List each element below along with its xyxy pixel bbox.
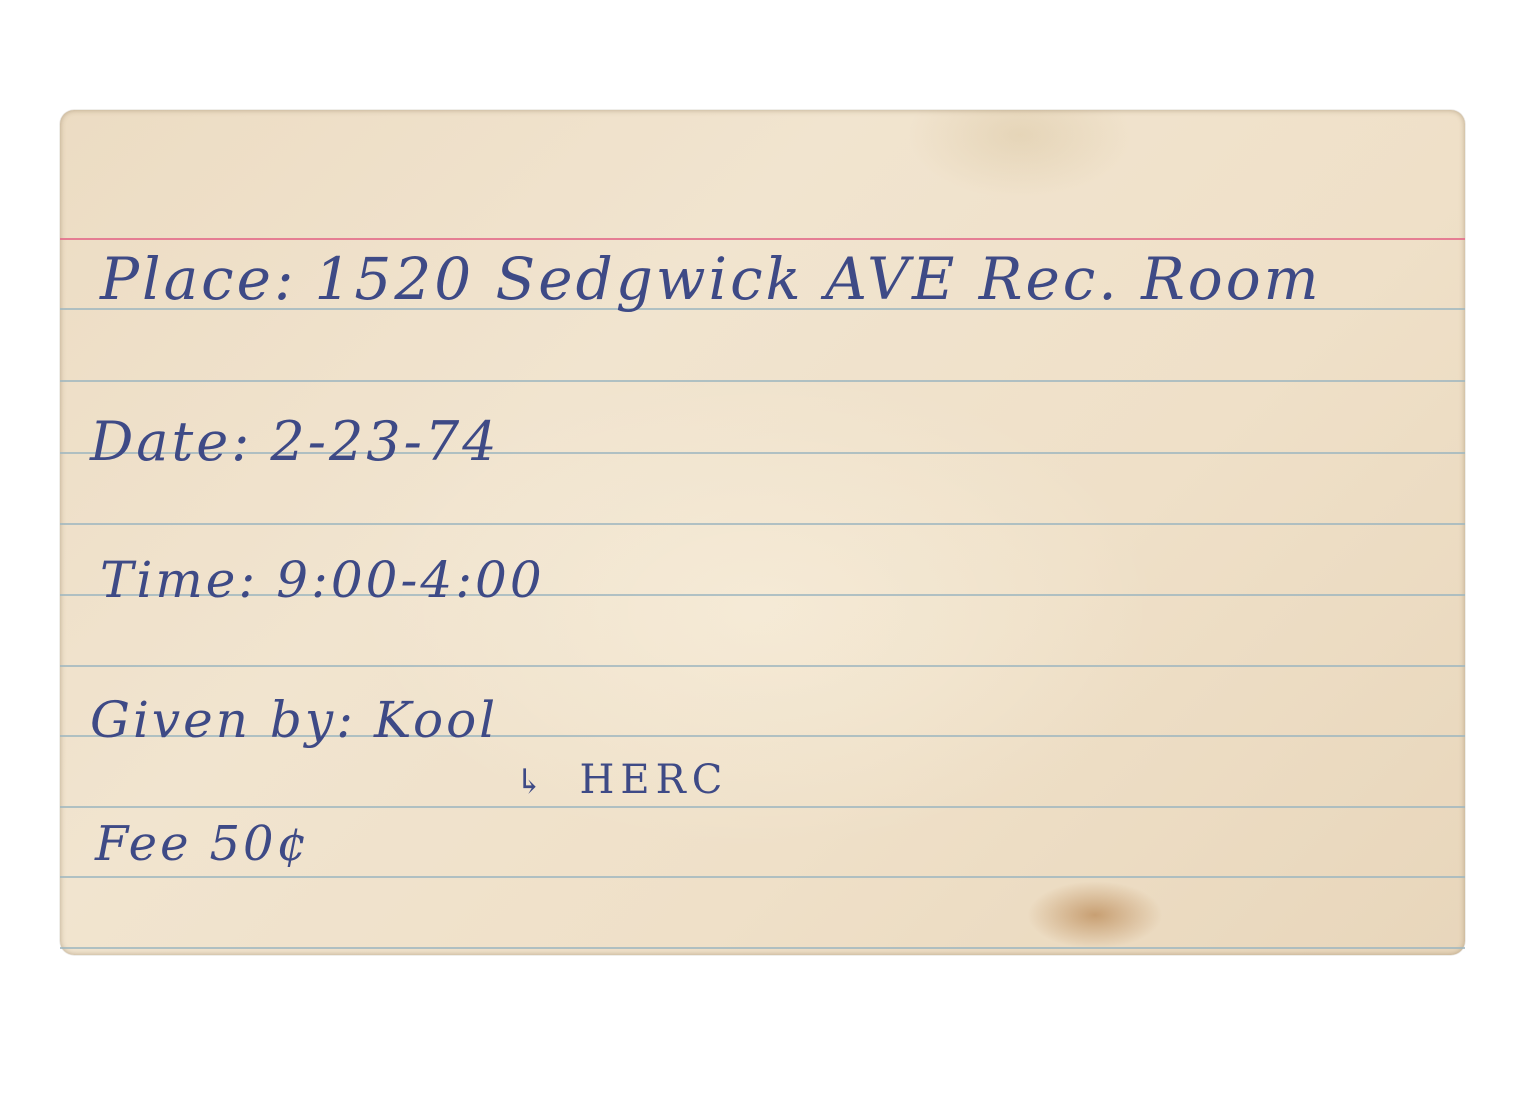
arrow-icon: ↳	[515, 762, 550, 802]
blue-rule	[60, 665, 1465, 667]
place-entry: Place:1520 Sedgwick AVE Rec. Room	[100, 250, 1322, 308]
place-label: Place:	[100, 245, 297, 313]
given-by-value-line1: Kool	[374, 691, 498, 749]
time-value: 9:00-4:00	[276, 551, 544, 609]
date-value: 2-23-74	[270, 410, 499, 473]
given-by-label: Given by:	[90, 691, 356, 749]
blue-rule	[60, 806, 1465, 808]
given-by-continuation: ↳HERC	[515, 760, 728, 800]
given-by-value-line2: HERC	[580, 757, 729, 803]
blue-rule	[60, 947, 1465, 949]
time-label: Time:	[100, 551, 258, 609]
fee-label: Fee	[95, 816, 192, 872]
place-value: 1520 Sedgwick AVE Rec. Room	[315, 245, 1322, 313]
red-margin-rule	[60, 238, 1465, 240]
blue-rule	[60, 380, 1465, 382]
index-card: Place:1520 Sedgwick AVE Rec. Room Date:2…	[60, 110, 1465, 955]
blue-rule	[60, 876, 1465, 878]
fee-entry: Fee50¢	[95, 820, 310, 868]
given-by-entry: Given by:Kool	[90, 695, 498, 745]
blue-rule	[60, 523, 1465, 525]
date-label: Date:	[90, 410, 252, 473]
date-entry: Date:2-23-74	[90, 415, 500, 469]
time-entry: Time:9:00-4:00	[100, 555, 545, 605]
fee-value: 50¢	[210, 816, 311, 872]
